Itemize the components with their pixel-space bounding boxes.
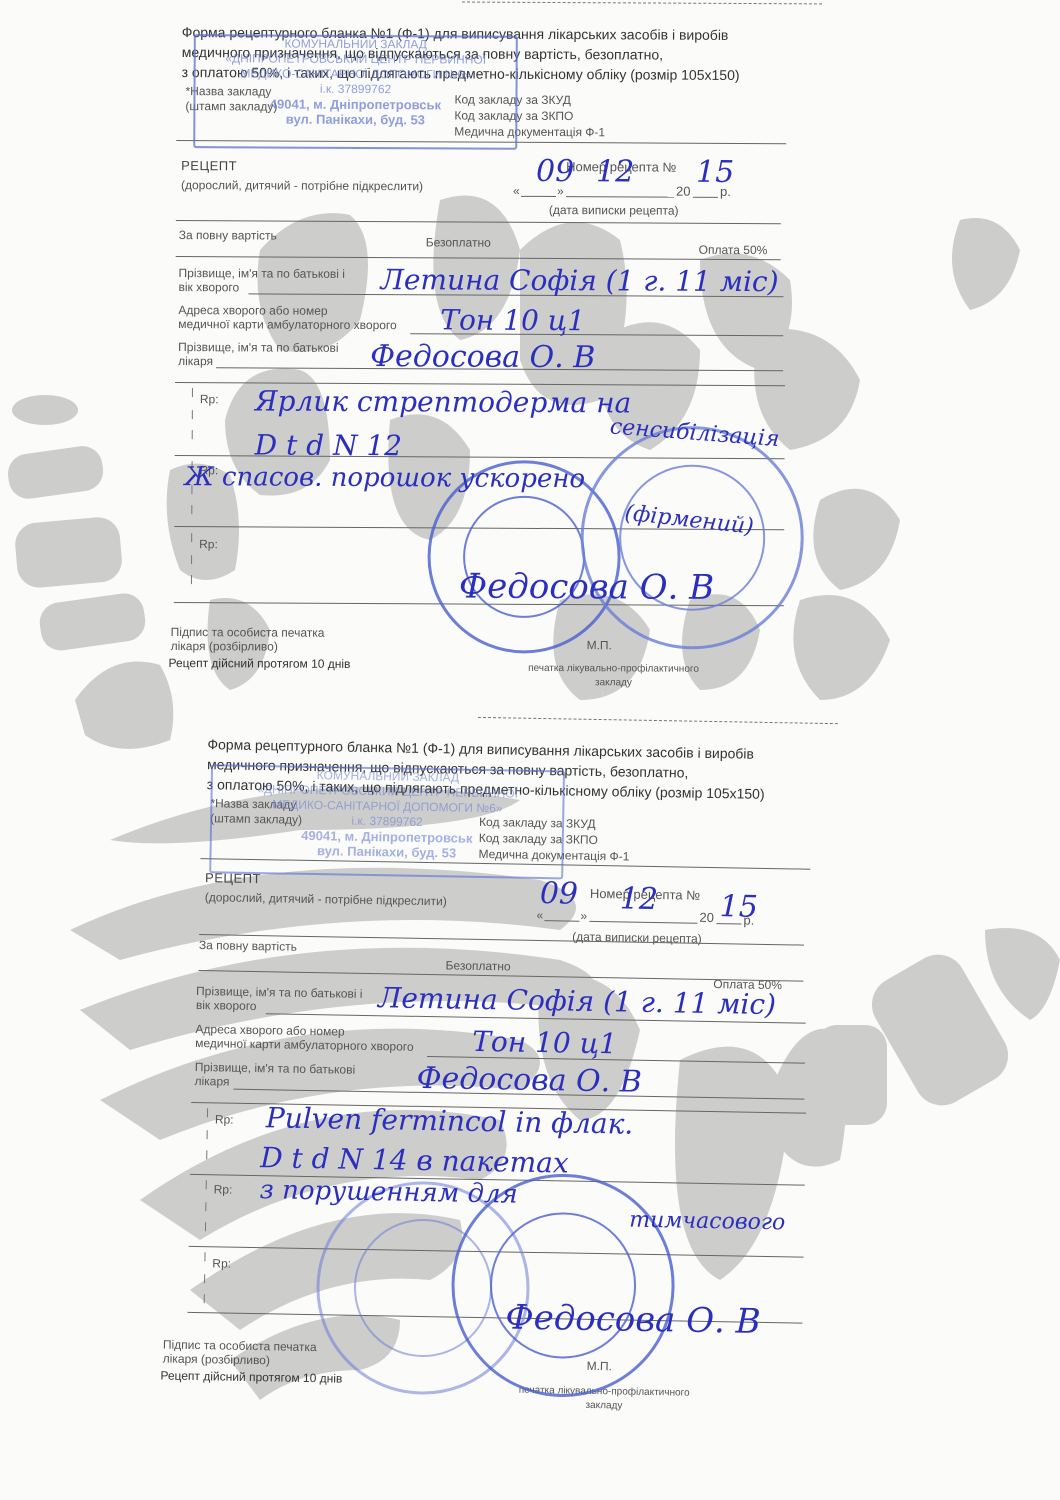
signature-label: Підпис та особиста печатка лікаря (розбі…: [163, 1337, 317, 1368]
tick: [204, 1294, 205, 1303]
handwritten-doctor: Федосова О. В: [416, 1061, 642, 1100]
stamp-line: 49041, м. Дніпропетровськ: [195, 96, 515, 113]
handwritten-rp-line: Pulven fermincol in флак.: [266, 1101, 634, 1140]
stamp-line: КОМУНАЛЬНИЙ ЗАКЛАД: [196, 36, 516, 53]
label-line: лікаря (розбірливо): [163, 1351, 317, 1368]
rp-label-2: Rp:: [214, 1182, 233, 1196]
tick: [207, 1130, 208, 1139]
label-line: медичної карти амбулаторного хворого: [195, 1036, 414, 1054]
handwritten-rp-line: D t d N 12: [255, 428, 403, 462]
patient-address-label: Адреса хворого або номер медичної карти …: [195, 1022, 414, 1054]
cut-line: [462, 2, 822, 5]
recipe-subheading: (дорослий, дитячий - потрібне підкреслит…: [205, 890, 447, 908]
tick: [191, 533, 192, 542]
label-line: медичної карти амбулаторного хворого: [178, 317, 397, 332]
tick: [191, 575, 192, 584]
handwritten-address: Тон 10 ц1: [472, 1025, 617, 1061]
handwritten-rp-line: з порушенням для: [259, 1175, 518, 1210]
rule: [176, 220, 781, 224]
date-day-line: [544, 920, 579, 922]
prescription-form-1: Форма рецептурного бланка №1 (Ф-1) для в…: [168, 0, 812, 703]
handwritten-rp-line: Ярлик стрептодерма на: [255, 384, 632, 419]
stamp-line: вул. Панікахи, буд. 53: [195, 111, 515, 128]
free-option: Безоплатно: [445, 958, 510, 973]
date-caption: (дата виписки рецепта): [549, 203, 679, 218]
label-line: Прізвище, ім'я та по батькові: [178, 340, 338, 355]
date-month-line: [566, 196, 674, 198]
institution-seal: [577, 422, 808, 653]
full-price-option: За повну вартість: [179, 228, 277, 243]
handwritten-doctor: Федосова О. В: [370, 339, 595, 375]
rp-label-3: Rp:: [212, 1256, 231, 1270]
rp-label-1: Rp:: [200, 392, 219, 406]
signature-label: Підпис та особиста печатка лікаря (розбі…: [171, 625, 325, 654]
label-line: вік хворого: [196, 998, 363, 1015]
stamp-line: і.к. 37899762: [195, 81, 515, 98]
tick: [206, 1150, 207, 1159]
tick: [204, 1274, 205, 1283]
validity-text: Рецепт дійсний протягом 10 днів: [168, 656, 350, 671]
prescription-form-2: Форма рецептурного бланка №1 (Ф-1) для в…: [186, 712, 838, 1423]
date-close-quote: »: [580, 909, 587, 923]
year-prefix: 20: [699, 911, 714, 925]
recipe-subheading: (дорослий, дитячий - потрібне підкреслит…: [181, 178, 423, 193]
label-line: Адреса хворого або номер: [178, 303, 397, 318]
tick: [206, 1180, 207, 1189]
full-price-option: За повну вартість: [199, 938, 297, 954]
handwritten-rp-line: тимчасового: [629, 1208, 785, 1236]
rp-label-3: Rp:: [199, 537, 218, 551]
label-line: лікаря (розбірливо): [171, 639, 325, 654]
cut-line: [478, 717, 838, 724]
handwritten-patient: Летина Софія (1 г. 11 міс): [378, 981, 777, 1021]
tick: [192, 410, 193, 419]
patient-name-label: Прізвище, ім'я та по батькові і вік хвор…: [178, 266, 345, 295]
rp-label-1: Rp:: [215, 1112, 234, 1126]
tick: [191, 505, 192, 514]
handwritten-address: Тон 10 ц1: [440, 303, 585, 337]
year-prefix: 20: [676, 185, 691, 199]
stamp-line: «ДНІПРОПЕТРОВСЬКИЙ ЦЕНТР ПЕРВИННОЇ: [196, 51, 516, 68]
label-line: лікаря: [194, 1074, 355, 1091]
tick: [204, 1252, 205, 1261]
institution-stamp: КОМУНАЛЬНИЙ ЗАКЛАД «ДНІПРОПЕТРОВСЬКИЙ ЦЕ…: [209, 764, 565, 879]
label-line: Підпис та особиста печатка: [171, 625, 325, 640]
doctor-name-label: Прізвище, ім'я та по батькові лікаря: [194, 1060, 355, 1091]
date-open-quote: «: [513, 184, 520, 198]
stamp-line: МЕДИКО-САНІТАРНОЇ ДОПОМОГИ №6»: [196, 66, 516, 83]
handwritten-rp-line: Ж спасов. порошок ускорено: [184, 462, 585, 494]
tick: [205, 1222, 206, 1231]
patient-name-label: Прізвище, ім'я та по батькові і вік хвор…: [196, 984, 363, 1015]
free-option: Безоплатно: [426, 235, 491, 249]
patient-address-label: Адреса хворого або номер медичної карти …: [178, 303, 397, 332]
institution-seal-label: печатка лікувально-профілактичного закла…: [513, 662, 713, 691]
date-month-line: [589, 921, 697, 924]
tick: [192, 388, 193, 397]
institution-stamp: КОМУНАЛЬНИЙ ЗАКЛАД «ДНІПРОПЕТРОВСЬКИЙ ЦЕ…: [193, 34, 518, 150]
tick: [191, 555, 192, 564]
handwritten-year: 15: [696, 155, 734, 190]
handwritten-date-month: 12: [619, 881, 658, 917]
rule: [176, 256, 781, 260]
handwritten-rp-line: D t d N 14 в пакетах: [260, 1141, 569, 1179]
handwritten-date-day: 09: [540, 876, 579, 912]
doctor-signature: Федосова О. В: [505, 1297, 761, 1341]
handwritten-date-day: 09: [536, 154, 574, 189]
doctor-signature: Федосова О. В: [459, 567, 714, 608]
label-line: закладу: [513, 676, 713, 691]
date-day-line: [521, 196, 556, 197]
year-line: [693, 197, 718, 198]
handwritten-year: 15: [719, 889, 758, 925]
tick: [205, 1202, 206, 1211]
tick: [207, 1108, 208, 1117]
handwritten-patient: Летина Софія (1 г. 11 міс): [380, 263, 778, 298]
label-line: печатка лікувально-профілактичного: [513, 662, 713, 677]
handwritten-date-month: 12: [596, 154, 634, 189]
tick: [192, 430, 193, 439]
doctor-name-label: Прізвище, ім'я та по батькові лікаря: [178, 340, 339, 369]
label-line: Прізвище, ім'я та по батькові і: [179, 266, 345, 281]
half-price-option: Оплата 50%: [699, 243, 768, 257]
recipe-heading: РЕЦЕПТ: [181, 158, 237, 173]
